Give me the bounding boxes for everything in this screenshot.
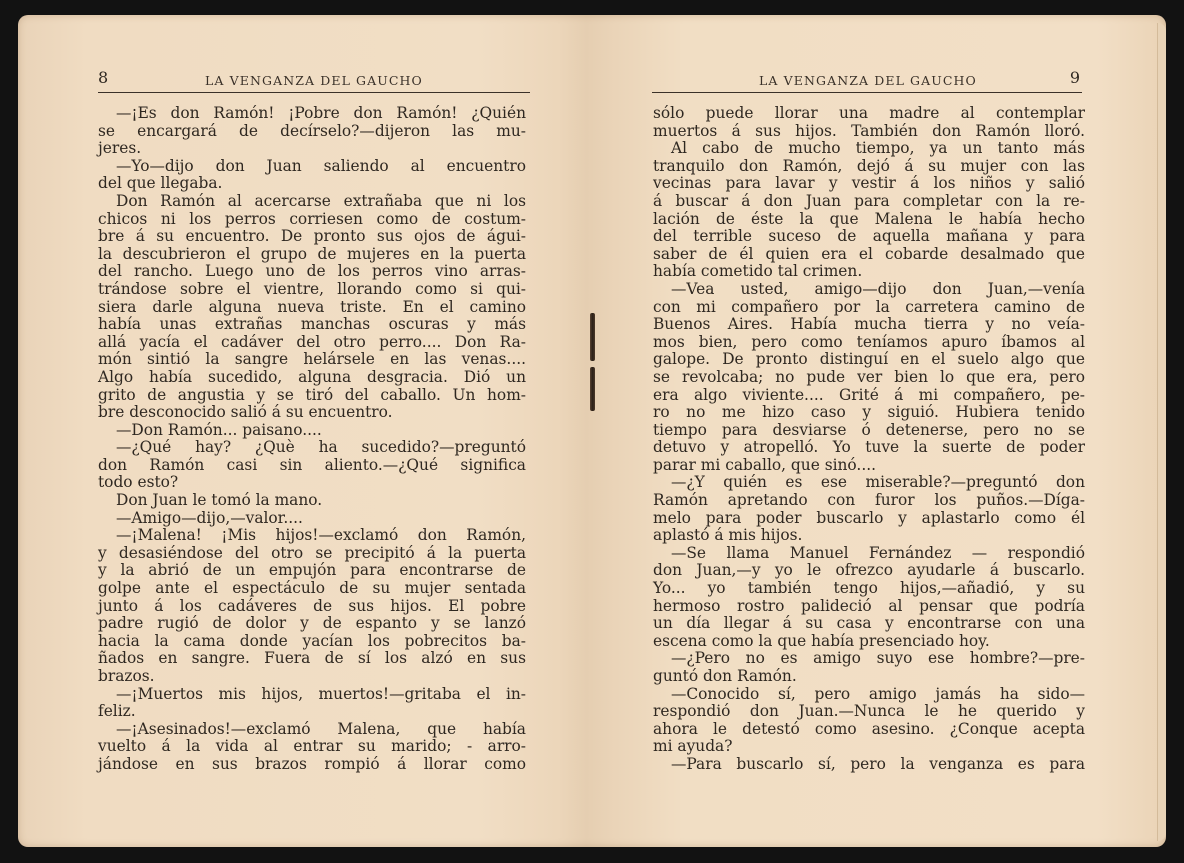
text-line: ro no me hizo caso y siguió. Hubiera ten… xyxy=(653,404,1085,422)
text-line: parar mi caballo, que sinó.... xyxy=(653,457,1085,475)
text-line: —¡Es don Ramón! ¡Pobre don Ramón! ¿Quién xyxy=(98,105,526,123)
text-line: tranquilo don Ramón, dejó á su mujer con… xyxy=(653,158,1085,176)
text-line: —Conocido sí, pero amigo jamás ha sido— xyxy=(653,686,1085,704)
text-line: ahora le detestó como asesino. ¿Conque a… xyxy=(653,721,1085,739)
text-line: tiempo para desviarse ó detenerse, pero … xyxy=(653,422,1085,440)
text-line: saber de él quien era el cobarde desalma… xyxy=(653,246,1085,264)
text-line: bre desconocido salió á su encuentro. xyxy=(98,404,526,422)
text-line: del terrible suceso de aquella mañana y … xyxy=(653,228,1085,246)
page-number: 8 xyxy=(98,68,108,87)
text-line: lación de éste la que Malena le había he… xyxy=(653,211,1085,229)
text-line: grito de angustia y se tiró del caballo.… xyxy=(98,387,526,405)
right-page-text: sólo puede llorar una madre al contempla… xyxy=(653,105,1085,774)
text-line: hacia la cama donde yacían los pobrecito… xyxy=(98,633,526,651)
running-title: LA VENGANZA DEL GAUCHO xyxy=(205,73,423,88)
text-line: aplastó á mis hijos. xyxy=(653,527,1085,545)
text-line: muertos á sus hijos. También don Ramón l… xyxy=(653,123,1085,141)
text-line: vuelto á la vida al entrar su marido; - … xyxy=(98,738,526,756)
text-line: Don Juan le tomó la mano. xyxy=(98,492,526,510)
text-line: todo esto? xyxy=(98,474,526,492)
text-line: guntó don Ramón. xyxy=(653,668,1085,686)
text-line: del rancho. Luego uno de los perros vino… xyxy=(98,263,526,281)
left-page-text: —¡Es don Ramón! ¡Pobre don Ramón! ¿Quién… xyxy=(98,105,526,774)
text-line: —Vea usted, amigo—dijo don Juan,—venía xyxy=(653,281,1085,299)
text-line: —Se llama Manuel Fernández — respondió xyxy=(653,545,1085,563)
text-line: Algo había sucedido, alguna desgracia. D… xyxy=(98,369,526,387)
text-line: padre rugió de dolor y de espanto y se l… xyxy=(98,615,526,633)
text-line: ñados en sangre. Fuera de sí los alzó en… xyxy=(98,650,526,668)
text-line: Ramón apretando con furor los puños.—Díg… xyxy=(653,492,1085,510)
text-line: —¿Qué hay? ¿Què ha sucedido?—preguntó xyxy=(98,439,526,457)
right-page-header: LA VENGANZA DEL GAUCHO 9 xyxy=(652,70,1082,93)
text-line: —Yo—dijo don Juan saliendo al encuentro xyxy=(98,158,526,176)
text-line: Yo... yo también tengo hijos,—añadió, y … xyxy=(653,580,1085,598)
text-line: junto á los cadáveres de sus hijos. El p… xyxy=(98,598,526,616)
text-line: había unas extrañas manchas oscuras y má… xyxy=(98,316,526,334)
text-line: —¡Muertos mis hijos, muertos!—gritaba el… xyxy=(98,686,526,704)
text-line: món sintió la sangre helársele en las ve… xyxy=(98,351,526,369)
page-number: 9 xyxy=(1070,68,1080,87)
running-title: LA VENGANZA DEL GAUCHO xyxy=(759,73,977,88)
open-book: 8 LA VENGANZA DEL GAUCHO —¡Es don Ramón!… xyxy=(18,15,1166,847)
text-line: brazos. xyxy=(98,668,526,686)
text-line: un día llegar á su casa y encontrarse co… xyxy=(653,615,1085,633)
text-line: siera darle alguna nueva triste. En el c… xyxy=(98,299,526,317)
text-line: —¿Y quién es ese miserable?—preguntó don xyxy=(653,474,1085,492)
text-line: bre á su encuentro. De pronto sus ojos d… xyxy=(98,228,526,246)
left-page-header: 8 LA VENGANZA DEL GAUCHO xyxy=(98,70,530,93)
text-line: jeres. xyxy=(98,140,526,158)
text-line: y desasiéndose del otro se precipitó á l… xyxy=(98,545,526,563)
text-line: golpe ante el espectáculo de su mujer se… xyxy=(98,580,526,598)
text-line: —¿Pero no es amigo suyo ese hombre?—pre- xyxy=(653,650,1085,668)
right-page: LA VENGANZA DEL GAUCHO 9 sólo puede llor… xyxy=(592,15,1166,847)
text-line: don Ramón casi sin aliento.—¿Qué signifi… xyxy=(98,457,526,475)
text-line: del que llegaba. xyxy=(98,175,526,193)
text-line: á buscar á don Juan para completar con l… xyxy=(653,193,1085,211)
text-line: trándose sobre el vientre, llorando como… xyxy=(98,281,526,299)
text-line: mi ayuda? xyxy=(653,738,1085,756)
text-line: don Juan,—y yo le ofrezco ayudarle á bus… xyxy=(653,562,1085,580)
text-line: la descubrieron el grupo de mujeres en l… xyxy=(98,246,526,264)
text-line: —¡Asesinados!—exclamó Malena, que había xyxy=(98,721,526,739)
text-line: se encargará de decírselo?—dijeron las m… xyxy=(98,123,526,141)
left-page: 8 LA VENGANZA DEL GAUCHO —¡Es don Ramón!… xyxy=(18,15,592,847)
text-line: respondió don Juan.—Nunca le he querido … xyxy=(653,703,1085,721)
text-line: vecinas para lavar y vestir á los niños … xyxy=(653,175,1085,193)
text-line: galope. De pronto distinguí en el suelo … xyxy=(653,351,1085,369)
text-line: sólo puede llorar una madre al contempla… xyxy=(653,105,1085,123)
text-line: —¡Malena! ¡Mis hijos!—exclamó don Ramón, xyxy=(98,527,526,545)
text-line: con mi compañero por la carretera camino… xyxy=(653,299,1085,317)
text-line: jándose en sus brazos rompió á llorar co… xyxy=(98,756,526,774)
text-line: había cometido tal crimen. xyxy=(653,263,1085,281)
text-line: y la abrió de un empujón para encontrars… xyxy=(98,562,526,580)
text-line: Al cabo de mucho tiempo, ya un tanto más xyxy=(653,140,1085,158)
text-line: allá yacía el cadáver del otro perro....… xyxy=(98,334,526,352)
text-line: —Para buscarlo sí, pero la venganza es p… xyxy=(653,756,1085,774)
text-line: se revolcaba; no pude ver bien lo que er… xyxy=(653,369,1085,387)
text-line: escena como la que había presenciado hoy… xyxy=(653,633,1085,651)
text-line: detuvo y atropelló. Yo tuve la suerte de… xyxy=(653,439,1085,457)
text-line: mos bien, pero como teníamos apuro íbamo… xyxy=(653,334,1085,352)
text-line: era algo viviente.... Grité á mi compañe… xyxy=(653,387,1085,405)
text-line: —Don Ramón... paisano.... xyxy=(98,422,526,440)
text-line: melo para poder buscarlo y aplastarlo co… xyxy=(653,510,1085,528)
text-line: hermoso rostro palideció al pensar que p… xyxy=(653,598,1085,616)
text-line: Don Ramón al acercarse extrañaba que ni … xyxy=(98,193,526,211)
text-line: Buenos Aires. Había mucha tierra y no ve… xyxy=(653,316,1085,334)
text-line: —Amigo—dijo,—valor.... xyxy=(98,510,526,528)
text-line: feliz. xyxy=(98,703,526,721)
text-line: chicos ni los perros corriesen como de c… xyxy=(98,211,526,229)
